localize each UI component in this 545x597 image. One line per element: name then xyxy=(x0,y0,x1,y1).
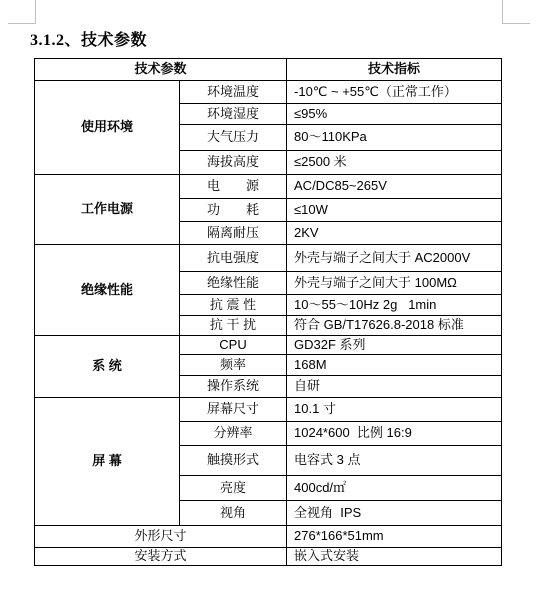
table-row: 安装方式 嵌入式安装 xyxy=(35,548,502,566)
param-cell: 视角 xyxy=(180,501,287,526)
table-row: 使用环境 环境温度 -10℃ ~ +55℃（正常工作） xyxy=(35,81,502,104)
param-cell: 大气压力 xyxy=(180,125,287,151)
param-cell: 隔离耐压 xyxy=(180,222,287,245)
param-cell: CPU xyxy=(180,336,287,355)
value-cell: ≤95% xyxy=(287,104,502,125)
table-row: 屏 幕 屏幕尺寸 10.1 寸 xyxy=(35,398,502,422)
value-cell: 2KV xyxy=(287,222,502,245)
param-cell: 抗 震 性 xyxy=(180,295,287,316)
value-cell: 外壳与端子之间大于 100MΩ xyxy=(287,272,502,295)
value-cell: 10.1 寸 xyxy=(287,398,502,422)
group-label-cell: 屏 幕 xyxy=(35,398,180,526)
value-cell: 80～110KPa xyxy=(287,125,502,151)
param-cell: 电 源 xyxy=(180,175,287,199)
value-cell: 嵌入式安装 xyxy=(287,548,502,566)
param-cell: 环境湿度 xyxy=(180,104,287,125)
table-row: 外形尺寸 276*166*51mm xyxy=(35,526,502,548)
page-margin-mark-top-left xyxy=(8,0,36,24)
param-cell: 亮度 xyxy=(180,476,287,501)
value-cell: ≤2500 米 xyxy=(287,151,502,175)
value-cell: 电容式 3 点 xyxy=(287,446,502,476)
value-cell: GD32F 系列 xyxy=(287,336,502,355)
param-cell: 频率 xyxy=(180,355,287,376)
value-cell: 全视角 IPS xyxy=(287,501,502,526)
value-cell: 自研 xyxy=(287,376,502,398)
param-cell: 海拔高度 xyxy=(180,151,287,175)
document-page: 3.1.2、技术参数 技术参数 技术指标 使用环境 环境温度 -10℃ ~ +5… xyxy=(0,0,545,597)
group-label-cell: 绝缘性能 xyxy=(35,245,180,336)
value-cell: 400cd/㎡ xyxy=(287,476,502,501)
spec-table: 技术参数 技术指标 使用环境 环境温度 -10℃ ~ +55℃（正常工作） 环境… xyxy=(34,58,502,566)
value-cell: -10℃ ~ +55℃（正常工作） xyxy=(287,81,502,104)
param-cell: 触摸形式 xyxy=(180,446,287,476)
param-cell: 绝缘性能 xyxy=(180,272,287,295)
value-cell: 10～55～10Hz 2g 1min xyxy=(287,295,502,316)
table-row: 工作电源 电 源 AC/DC85~265V xyxy=(35,175,502,199)
param-cell: 抗电强度 xyxy=(180,245,287,272)
value-cell: 168M xyxy=(287,355,502,376)
value-cell: ≤10W xyxy=(287,199,502,222)
section-heading: 3.1.2、技术参数 xyxy=(30,27,147,50)
header-cell-spec: 技术指标 xyxy=(287,59,502,81)
value-cell: 1024*600 比例 16:9 xyxy=(287,422,502,446)
table-row: 绝缘性能 抗电强度 外壳与端子之间大于 AC2000V xyxy=(35,245,502,272)
header-cell-params: 技术参数 xyxy=(35,59,287,81)
group-label-cell: 系 统 xyxy=(35,336,180,398)
value-cell: 276*166*51mm xyxy=(287,526,502,548)
value-cell: 外壳与端子之间大于 AC2000V xyxy=(287,245,502,272)
param-cell: 环境温度 xyxy=(180,81,287,104)
param-cell: 抗 干 扰 xyxy=(180,316,287,336)
param-cell: 屏幕尺寸 xyxy=(180,398,287,422)
group-label-cell: 工作电源 xyxy=(35,175,180,245)
param-cell: 操作系统 xyxy=(180,376,287,398)
group-label-cell: 使用环境 xyxy=(35,81,180,175)
table-header-row: 技术参数 技术指标 xyxy=(35,59,502,81)
table-row: 系 统 CPU GD32F 系列 xyxy=(35,336,502,355)
page-margin-mark-top-right xyxy=(502,0,530,24)
value-cell: 符合 GB/T17626.8-2018 标准 xyxy=(287,316,502,336)
param-cell-merged: 安装方式 xyxy=(35,548,287,566)
param-cell-merged: 外形尺寸 xyxy=(35,526,287,548)
param-cell: 功 耗 xyxy=(180,199,287,222)
value-cell: AC/DC85~265V xyxy=(287,175,502,199)
param-cell: 分辨率 xyxy=(180,422,287,446)
